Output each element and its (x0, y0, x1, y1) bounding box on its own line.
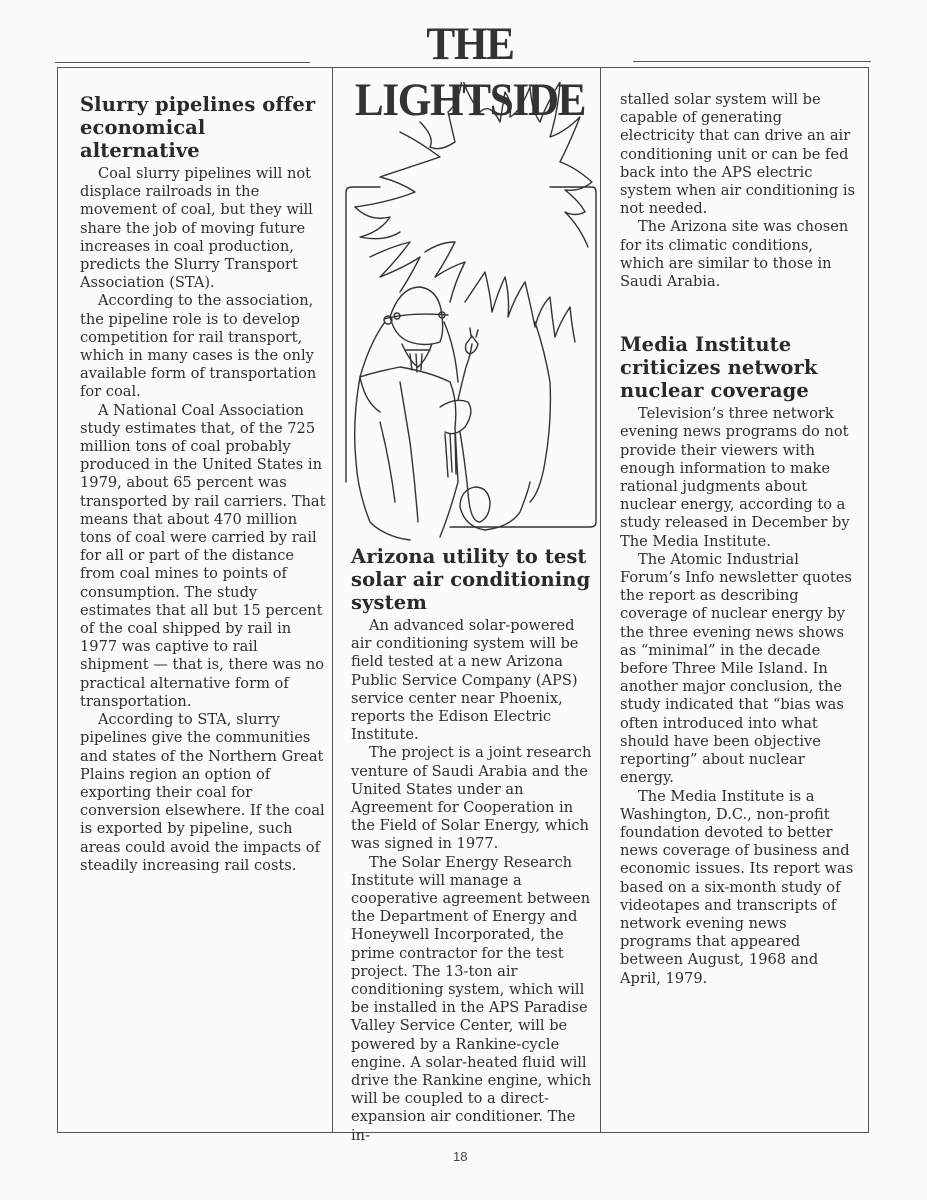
sun-and-man-illustration (340, 82, 602, 542)
paragraph: An advanced solar-powered air conditioni… (351, 617, 599, 744)
paragraph: The Arizona site was chosen for its clim… (620, 218, 860, 291)
article-media: Media Institute criticizes network nucle… (620, 333, 860, 988)
paragraph: According to the association, the pipeli… (80, 292, 330, 401)
paragraph: The Atomic Industrial Forum’s Info newsl… (620, 551, 860, 788)
paragraph: The project is a joint research venture … (351, 744, 599, 853)
headline: Media Institute criticizes network nucle… (620, 333, 860, 402)
paragraph: Coal slurry pipelines will not displace … (80, 165, 330, 292)
headline: Arizona utility to test solar air condit… (351, 545, 599, 614)
article-arizona: Arizona utility to test solar air condit… (351, 545, 599, 1145)
paragraph: The Solar Energy Research Institute will… (351, 854, 599, 1145)
article-slurry: Slurry pipelines offer economical altern… (80, 93, 330, 875)
column-divider-1 (332, 67, 333, 1133)
paragraph-continued: stalled solar system will be capable of … (620, 91, 860, 218)
masthead: THE LIGHTSIDE (0, 12, 927, 72)
paragraph: The Media Institute is a Washington, D.C… (620, 788, 860, 988)
headline: Slurry pipelines offer economical altern… (80, 93, 330, 162)
page-number: 18 (453, 1149, 467, 1164)
column-3: stalled solar system will be capable of … (620, 91, 860, 988)
paragraph: According to STA, slurry pipelines give … (80, 711, 330, 875)
masthead-rule-left (55, 62, 310, 63)
paragraph: A National Coal Association study estima… (80, 402, 330, 711)
masthead-rule-right (633, 61, 871, 62)
paragraph: Television’s three network evening news … (620, 405, 860, 551)
